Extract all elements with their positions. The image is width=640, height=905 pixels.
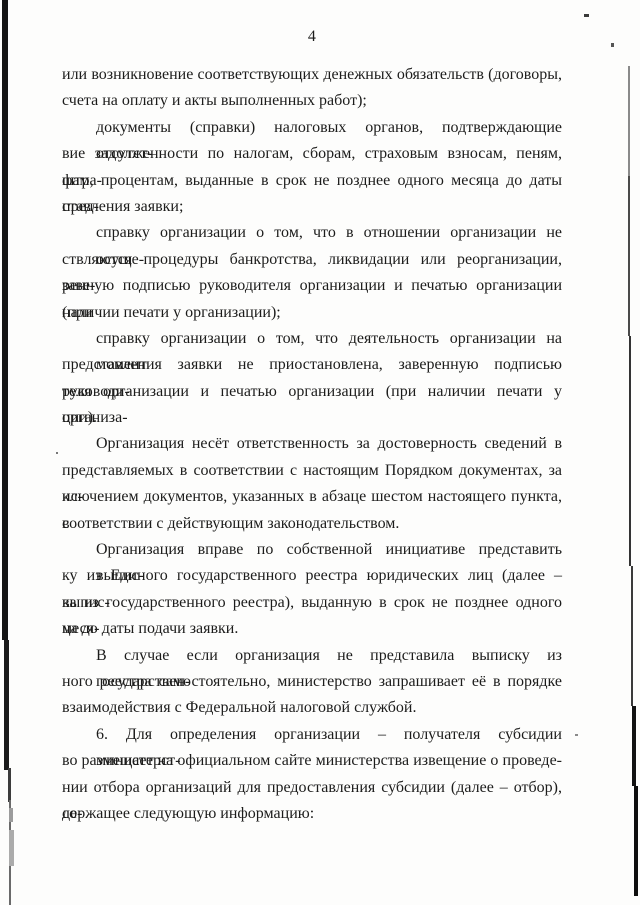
- text-line: представления заявки не приостановлена, …: [62, 352, 562, 378]
- text-line: фам, процентам, выданные в срок не поздн…: [62, 168, 562, 194]
- text-line: справку организации о том, что деятельно…: [62, 326, 562, 352]
- scan-edge-left: [8, 768, 11, 802]
- scan-speck: [611, 43, 614, 47]
- text-line: ку из Единого государственного реестра ю…: [62, 563, 562, 589]
- text-line: документы (справки) налоговых органов, п…: [62, 115, 562, 141]
- text-line: В случае если организация не представила…: [62, 643, 562, 669]
- text-line: держащее следующую информацию:: [62, 801, 562, 827]
- text-line: или возникновение соответствующих денежн…: [62, 62, 562, 88]
- scan-edge-right: [628, 176, 630, 336]
- scan-edge-right: [628, 66, 630, 176]
- scan-edge-left-smudge: [9, 830, 14, 866]
- document-text-block: или возникновение соответствующих денежн…: [62, 62, 562, 827]
- text-line: нии отбора организаций для предоставлени…: [62, 775, 562, 801]
- text-line: ренную подписью руководителя организации…: [62, 273, 562, 299]
- text-line: Организация вправе по собственной инициа…: [62, 537, 562, 563]
- scan-edge-left: [4, 640, 9, 770]
- text-line: 6. Для определения организации – получат…: [62, 722, 562, 748]
- scan-edge-right: [632, 706, 636, 786]
- scan-speck: [56, 452, 58, 454]
- text-line: ца до даты подачи заявки.: [62, 616, 562, 642]
- text-line: ции).: [62, 405, 562, 431]
- scan-edge-right: [634, 786, 638, 896]
- text-line: теля организации и печатью организации (…: [62, 379, 562, 405]
- scan-speck: [584, 14, 589, 17]
- page-number: 4: [62, 28, 562, 46]
- text-line: соответствии с действующим законодательс…: [62, 511, 562, 537]
- text-line: ствляются процедуры банкротства, ликвида…: [62, 247, 562, 273]
- text-line: наличии печати у организации);: [62, 300, 562, 326]
- scan-speck: [575, 734, 578, 736]
- scan-edge-right: [629, 336, 631, 566]
- text-line: ка из государственного реестра), выданну…: [62, 590, 562, 616]
- text-line: ключением документов, указанных в абзаце…: [62, 484, 562, 510]
- scan-edge-left-smudge: [9, 808, 13, 822]
- text-line: счета на оплату и акты выполненных работ…: [62, 88, 562, 114]
- text-line: представляемых в соответствии с настоящи…: [62, 458, 562, 484]
- scan-edge-right: [631, 566, 633, 706]
- scan-edge-left: [2, 0, 8, 640]
- text-line: Организация несёт ответственность за дос…: [62, 431, 562, 457]
- text-line: ставления заявки;: [62, 194, 562, 220]
- text-line: ного реестра самостоятельно, министерств…: [62, 669, 562, 695]
- text-line: справку организации о том, что в отношен…: [62, 220, 562, 246]
- scanned-document-page: 4 или возникновение соответствующих дене…: [0, 0, 640, 905]
- text-line: взаимодействия с Федеральной налоговой с…: [62, 695, 562, 721]
- text-line: вие задолженности по налогам, сборам, ст…: [62, 141, 562, 167]
- text-line: во размещает на официальном сайте минист…: [62, 748, 562, 774]
